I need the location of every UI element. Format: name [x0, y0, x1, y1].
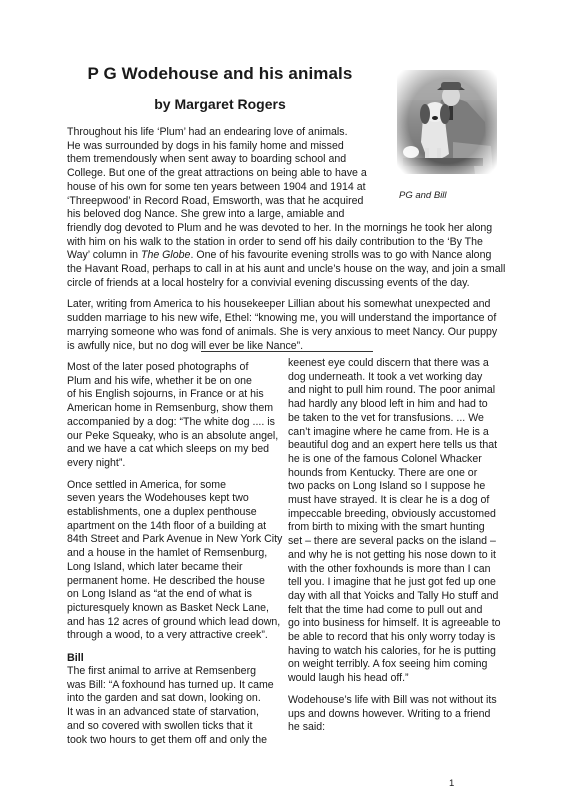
right-column: keenest eye could discern that there was… [288, 357, 520, 735]
text-line: on Long Island as “at the end of what is [67, 588, 285, 602]
right-paragraph-1: keenest eye could discern that there was… [288, 357, 520, 686]
text-line: beautiful dog and an expert here tells u… [288, 439, 520, 453]
text-line: 84th Street and Park Avenue in New York … [67, 533, 285, 547]
text-line: and we have a cat which sleeps on my bed [67, 443, 285, 457]
intro-section: Throughout his life ‘Plum’ had an endear… [67, 126, 517, 353]
article-byline: by Margaret Rogers [0, 96, 440, 112]
text-line: marrying someone who was fond of animals… [67, 326, 517, 340]
text-line: ups and downs however. Writing to a frie… [288, 708, 520, 722]
text-line: must have strayed. It is clear he is a d… [288, 494, 520, 508]
right-paragraph-2: Wodehouse’s life with Bill was not witho… [288, 694, 520, 735]
text-line: from birth to mixing with the smart hunt… [288, 521, 520, 535]
text-line: Wodehouse’s life with Bill was not witho… [288, 694, 520, 708]
page-number: 1 [449, 778, 454, 789]
text-line: accompanied by a dog: “The white dog ...… [67, 416, 285, 430]
text-line: and why he is not getting his nose down … [288, 549, 520, 563]
left-paragraph-1: Most of the later posed photographs of P… [67, 361, 285, 471]
text-line: It was in an advanced state of starvatio… [67, 706, 285, 720]
text-line: Throughout his life ‘Plum’ had an endear… [67, 126, 387, 140]
text-line: permanent home. He described the house [67, 575, 285, 589]
text-line: friendly dog devoted to Plum and he was … [67, 222, 517, 236]
text-line: Once settled in America, for some [67, 479, 285, 493]
text-segment: . One of his favourite evening strolls w… [190, 249, 491, 261]
text-line: our Peke Squeaky, who is an absolute ang… [67, 430, 285, 444]
text-line: sudden marriage to his new wife, Ethel: … [67, 312, 517, 326]
left-column: Most of the later posed photographs of P… [67, 361, 285, 747]
text-line: set – there are several packs on the isl… [288, 535, 520, 549]
text-line: Later, writing from America to his house… [67, 298, 517, 312]
text-line: be taken to the vet for transfusions. ..… [288, 412, 520, 426]
text-line: establishments, one a duplex penthouse [67, 506, 285, 520]
text-line: having to watch his calories, for he is … [288, 645, 520, 659]
text-line: keenest eye could discern that there was… [288, 357, 520, 371]
text-line: on weight terribly. A fox seeing him com… [288, 658, 520, 672]
text-line: house of his own for some ten years betw… [67, 181, 387, 195]
text-line: He was surrounded by dogs in his family … [67, 140, 387, 154]
text-line: College. But one of the great attraction… [67, 167, 387, 181]
text-line: and night to pull him round. The poor an… [288, 384, 520, 398]
text-line: picturesquely known as Basket Neck Lane, [67, 602, 285, 616]
text-line: and so covered with swollen ticks that i… [67, 720, 285, 734]
text-line: felt that the time had come to pull out … [288, 604, 520, 618]
text-line: took two hours to get them off and only … [67, 734, 285, 748]
text-line: had hardly any blood left in him and had… [288, 398, 520, 412]
text-line: ‘Threepwood’ in Record Road, Emsworth, w… [67, 195, 387, 209]
left-paragraph-2: Once settled in America, for some seven … [67, 479, 285, 643]
text-line: would laugh his head off.” [288, 672, 520, 686]
text-line: impeccable breeding, obviously accustome… [288, 508, 520, 522]
text-line: Most of the later posed photographs of [67, 361, 285, 375]
document-page: P G Wodehouse and his animals by Margare… [0, 0, 565, 800]
intro-paragraph-1-bottom: friendly dog devoted to Plum and he was … [67, 222, 517, 291]
text-line: he said: [288, 721, 520, 735]
text-line: circle of friends at a local hostelry fo… [67, 277, 517, 291]
text-line: go into business for himself. It is agre… [288, 617, 520, 631]
text-line: every night”. [67, 457, 285, 471]
text-line: American home in Remsenburg, show them [67, 402, 285, 416]
text-line: of his English sojourns, in France or at… [67, 388, 285, 402]
text-line: tell you. I imagine that he just got fed… [288, 576, 520, 590]
text-line: the Havant Road, perhaps to call in at h… [67, 263, 517, 277]
text-line: be able to record that his only worry to… [288, 631, 520, 645]
text-line: Way’ column in The Globe. One of his fav… [67, 249, 517, 263]
text-line: was Bill: “A foxhound has turned up. It … [67, 679, 285, 693]
text-line: with him on his walk to the station in o… [67, 236, 517, 250]
text-line: Long Island, which later became their [67, 561, 285, 575]
text-line: dog underneath. It took a vet working da… [288, 371, 520, 385]
text-line: Plum and his wife, whether it be on one [67, 375, 285, 389]
publication-title: The Globe [141, 249, 190, 261]
text-segment: Way’ column in [67, 249, 141, 261]
text-line: The first animal to arrive at Remsenberg [67, 665, 285, 679]
article-title: P G Wodehouse and his animals [0, 64, 440, 84]
text-line: can’t imagine where he came from. He is … [288, 426, 520, 440]
text-line: two packs on Long Island so I suppose he [288, 480, 520, 494]
text-line: and has 12 acres of ground which lead do… [67, 616, 285, 630]
section-divider [201, 351, 373, 352]
text-line: seven years the Wodehouses kept two [67, 492, 285, 506]
text-line: his beloved dog Nance. She grew into a l… [67, 208, 387, 222]
text-line: he is one of the famous Colonel Whacker [288, 453, 520, 467]
text-line: hounds from Kentucky. There are one or [288, 467, 520, 481]
text-line: and a house in the hamlet of Remsenburg, [67, 547, 285, 561]
text-line: day with all that Yoicks and Tally Ho st… [288, 590, 520, 604]
text-line: them tremendously when sent away to boar… [67, 153, 387, 167]
text-line: apartment on the 14th floor of a buildin… [67, 520, 285, 534]
text-line: with the other foxhounds is more than I … [288, 563, 520, 577]
left-paragraph-3: The first animal to arrive at Remsenberg… [67, 665, 285, 747]
text-line: into the garden and sat down, looking on… [67, 692, 285, 706]
intro-paragraph-2: Later, writing from America to his house… [67, 298, 517, 353]
text-line: through a wood, to a very attractive cre… [67, 629, 285, 643]
section-subheading-bill: Bill [67, 651, 285, 665]
intro-paragraph-1-top: Throughout his life ‘Plum’ had an endear… [67, 126, 387, 222]
